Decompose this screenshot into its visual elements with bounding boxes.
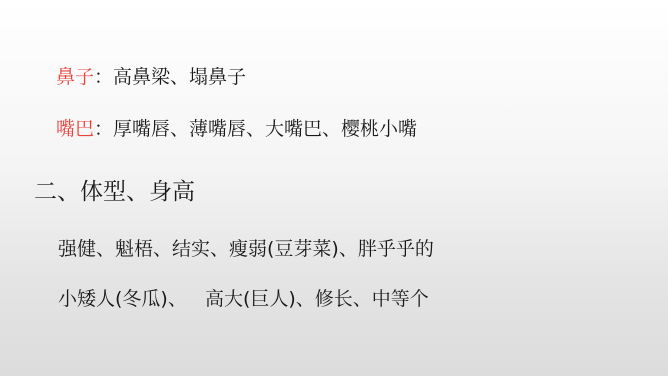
feature-label-nose: 鼻子	[56, 66, 94, 88]
body-line-height: 小矮人(冬瓜)、 高大(巨人)、修长、中等个	[58, 287, 429, 311]
body-line-build: 强健、魁梧、结实、瘦弱(豆芽菜)、胖乎乎的	[58, 237, 434, 261]
feature-separator: ：	[94, 66, 113, 88]
section-heading: 二、体型、身高	[34, 178, 195, 206]
feature-text-mouth: 厚嘴唇、薄嘴唇、大嘴巴、樱桃小嘴	[113, 118, 417, 140]
feature-label-mouth: 嘴巴	[56, 118, 94, 140]
feature-separator: ：	[94, 118, 113, 140]
feature-mouth: 嘴巴：厚嘴唇、薄嘴唇、大嘴巴、樱桃小嘴	[56, 117, 417, 141]
feature-nose: 鼻子：高鼻梁、塌鼻子	[56, 65, 246, 89]
feature-text-nose: 高鼻梁、塌鼻子	[113, 66, 246, 88]
